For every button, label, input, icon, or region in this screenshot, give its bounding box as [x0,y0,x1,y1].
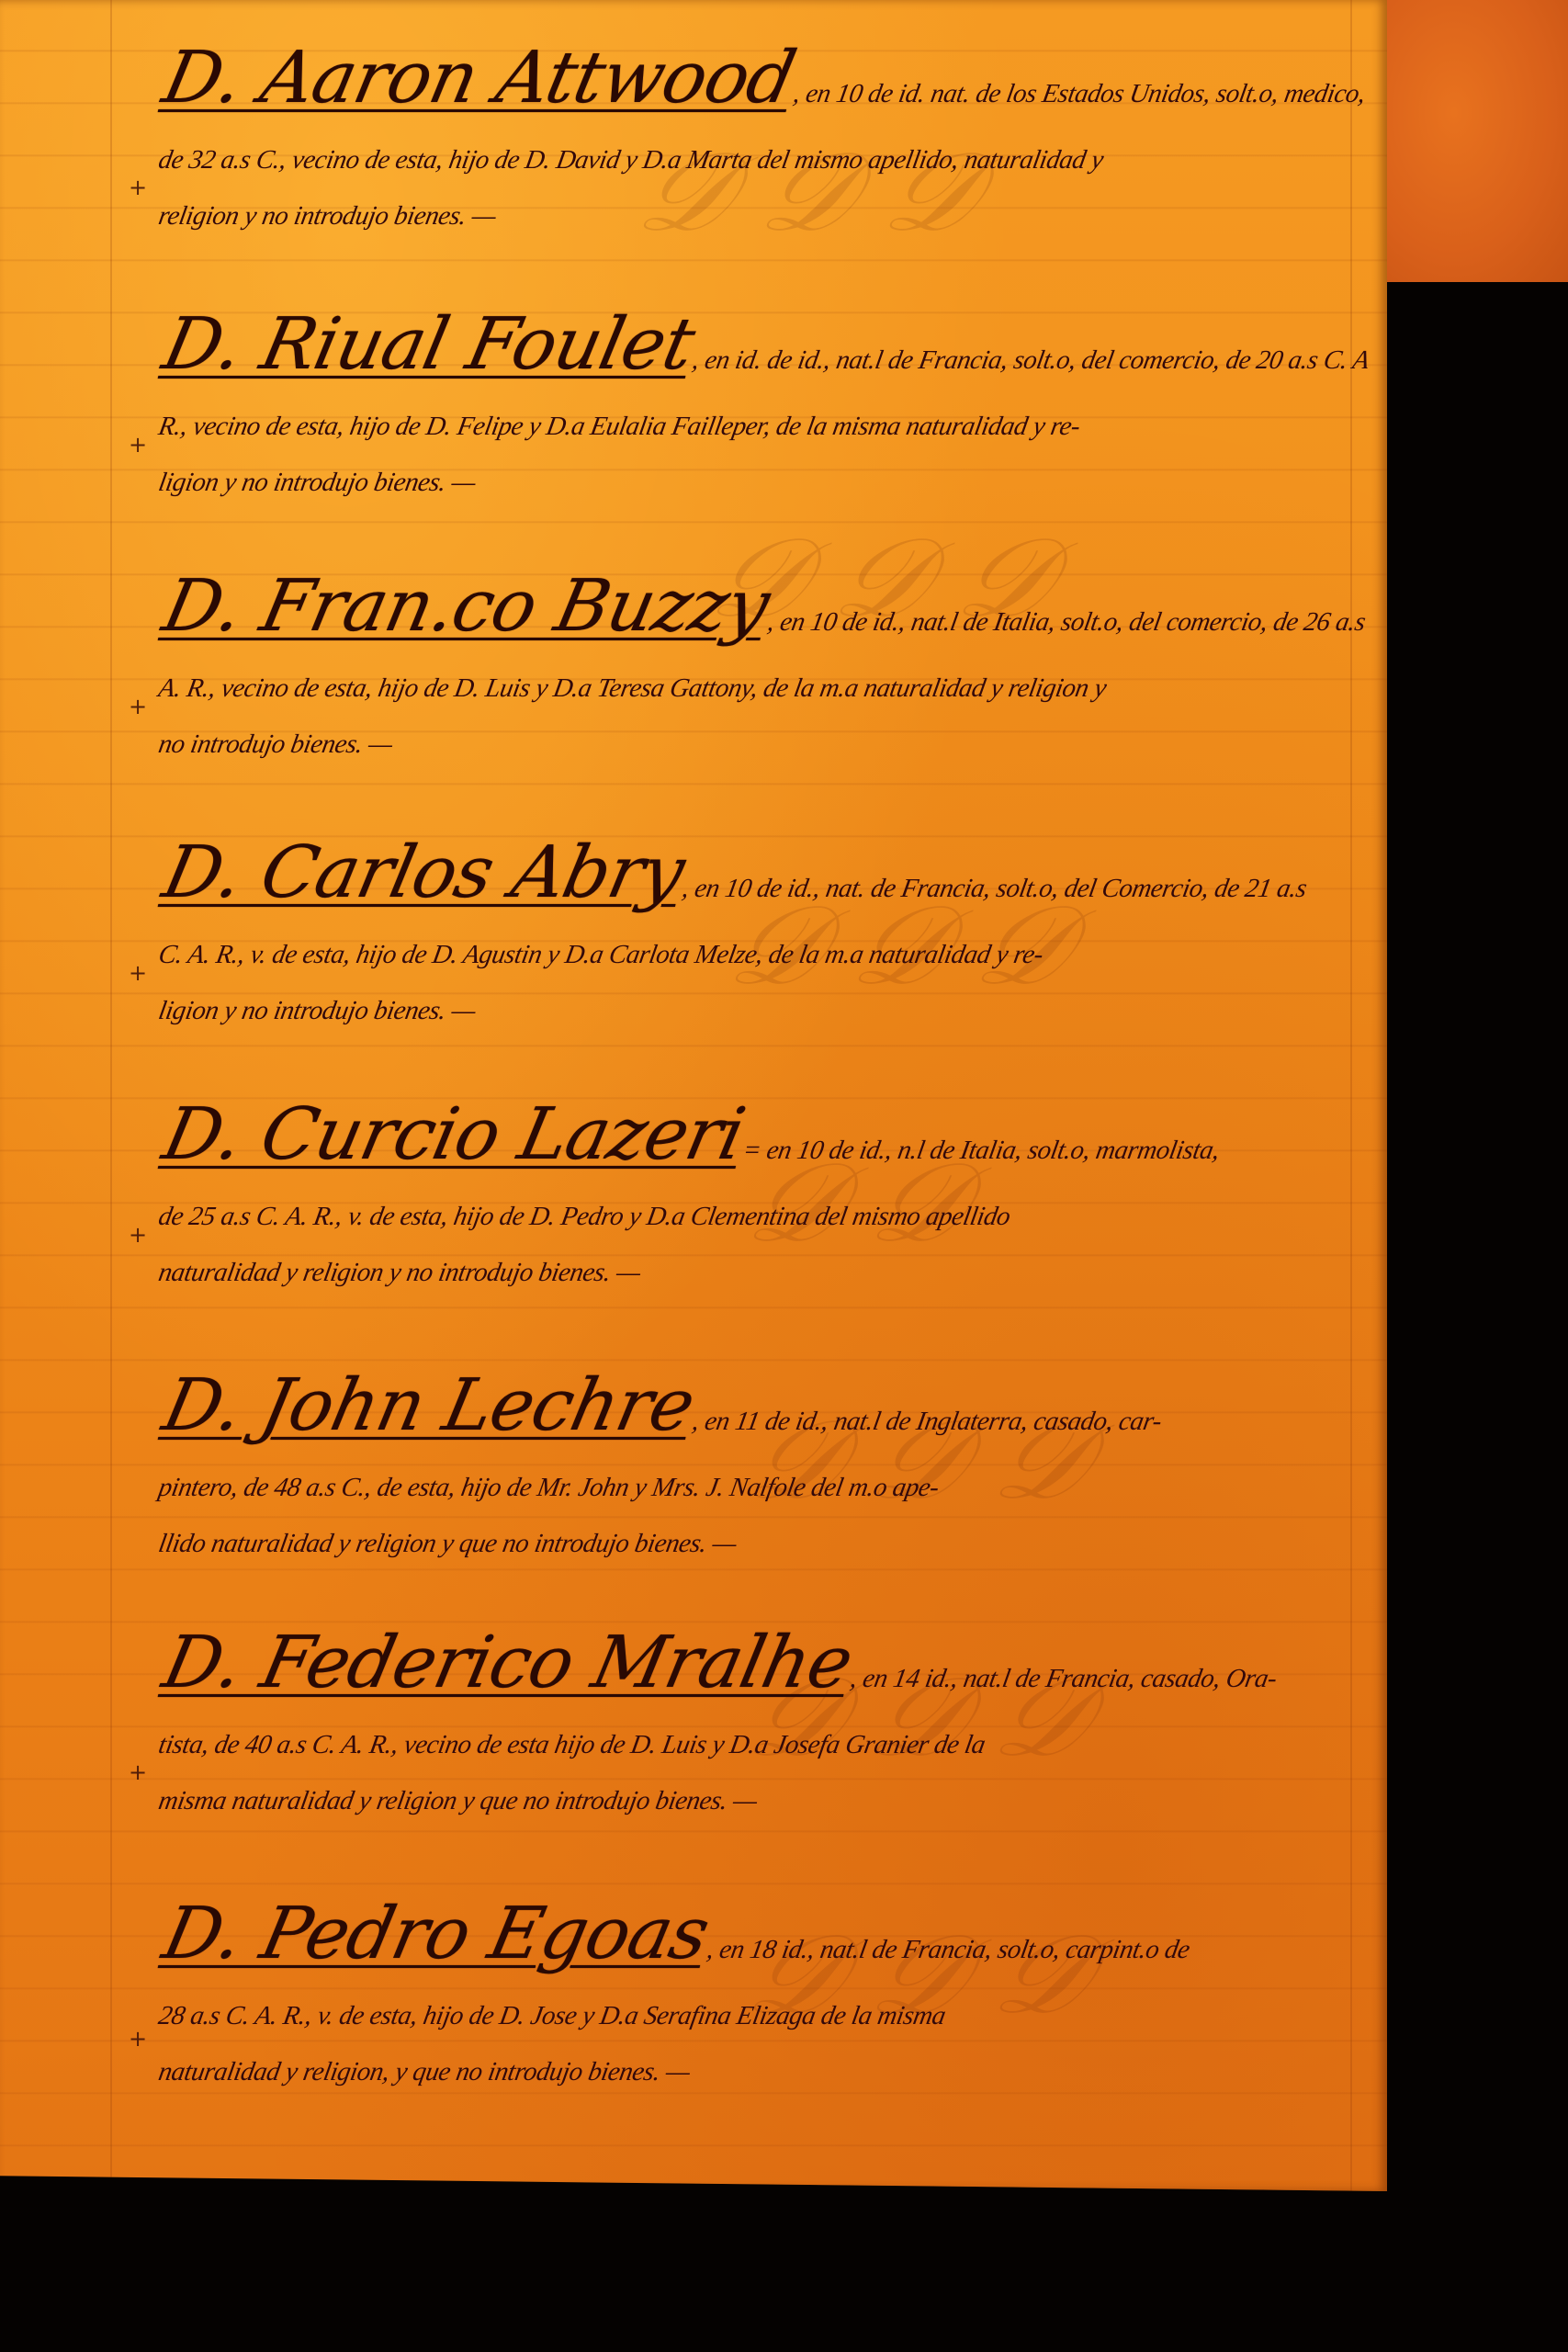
entry-details: , en 10 de id. nat. de los Estados Unido… [791,79,1368,109]
entry-line: pintero, de 48 a.s C., de esta, hijo de … [156,1473,1374,1503]
entry-line: ligion y no introdujo bienes. — [156,996,1374,1026]
entry-name: D. Carlos Abry [156,831,691,914]
margin-cross-mark: + [129,432,147,458]
margin-cross-mark: + [129,1759,147,1785]
register-entry: D. Riual Foulet , en id. de id., nat.l d… [156,303,1369,498]
entry-details: , en 11 de id., nat.l de Inglaterra, cas… [690,1407,1164,1437]
entry-details: , en 18 id., nat.l de Francia, solt.o, c… [705,1935,1191,1965]
entry-name: D. Aaron Attwood [156,37,802,119]
entry-line: R., vecino de esta, hijo de D. Felipe y … [156,412,1374,442]
entry-details: , en id. de id., nat.l de Francia, solt.… [690,345,1371,376]
register-entry: D. Federico Mralhe , en 14 id., nat.l de… [156,1622,1369,1816]
register-entry: D. Fran.co Buzzy , en 10 de id., nat.l d… [156,565,1369,760]
entry-line: de 32 a.s C., vecino de esta, hijo de D.… [156,145,1374,175]
entry-line: llido naturalidad y religion y que no in… [156,1529,1374,1559]
entry-line: C. A. R., v. de esta, hijo de D. Agustin… [156,940,1374,970]
entry-line: de 25 a.s C. A. R., v. de esta, hijo de … [156,1202,1374,1232]
register-entry: D. Aaron Attwood , en 10 de id. nat. de … [156,37,1369,232]
entry-name: D. Pedro Egoas [156,1893,716,1975]
entry-line: A. R., vecino de esta, hijo de D. Luis y… [156,673,1374,704]
entry-details: , en 14 id., nat.l de Francia, casado, O… [848,1664,1279,1694]
entry-line: naturalidad y religion y no introdujo bi… [156,1258,1374,1288]
entry-name: D. Federico Mralhe [156,1622,859,1704]
margin-cross-mark: + [129,175,147,200]
entry-name: D. Curcio Lazeri [156,1093,751,1176]
entry-name: D. John Lechre [156,1364,701,1447]
margin-cross-mark: + [129,694,147,719]
entry-line: religion y no introdujo bienes. — [156,201,1374,232]
entry-line: ligion y no introdujo bienes. — [156,468,1374,498]
entry-line: no introdujo bienes. — [156,729,1374,760]
margin-cross-mark: + [129,1222,147,1248]
margin-rule [110,0,112,2191]
entry-details: , en 10 de id., nat. de Francia, solt.o,… [680,874,1309,904]
register-entry: D. Pedro Egoas , en 18 id., nat.l de Fra… [156,1893,1369,2087]
register-entry: D. Curcio Lazeri = en 10 de id., n.l de … [156,1093,1369,1288]
entry-line: tista, de 40 a.s C. A. R., vecino de est… [156,1730,1374,1760]
register-page: 𝒟 𝒟 𝒟 𝒟 𝒟 𝒟 𝒟 𝒟 𝒟 𝒟 𝒟 𝒟 𝒟 𝒟 𝒟 𝒟 𝒟 𝒟 𝒟 𝒟 … [0,0,1387,2191]
entry-name: D. Riual Foulet [156,303,701,386]
entry-line: 28 a.s C. A. R., v. de esta, hijo de D. … [156,2001,1374,2031]
entry-line: naturalidad y religion, y que no introdu… [156,2057,1374,2087]
entry-line: misma naturalidad y religion y que no in… [156,1786,1374,1816]
register-entry: D. Carlos Abry , en 10 de id., nat. de F… [156,831,1369,1026]
register-entry: D. John Lechre , en 11 de id., nat.l de … [156,1364,1369,1559]
adjacent-page-edge [1378,0,1568,282]
entry-name: D. Fran.co Buzzy [156,565,776,648]
margin-cross-mark: + [129,2026,147,2052]
margin-cross-mark: + [129,960,147,986]
entry-details: = en 10 de id., n.l de Italia, solt.o, m… [740,1136,1222,1166]
entry-details: , en 10 de id., nat.l de Italia, solt.o,… [765,607,1371,638]
